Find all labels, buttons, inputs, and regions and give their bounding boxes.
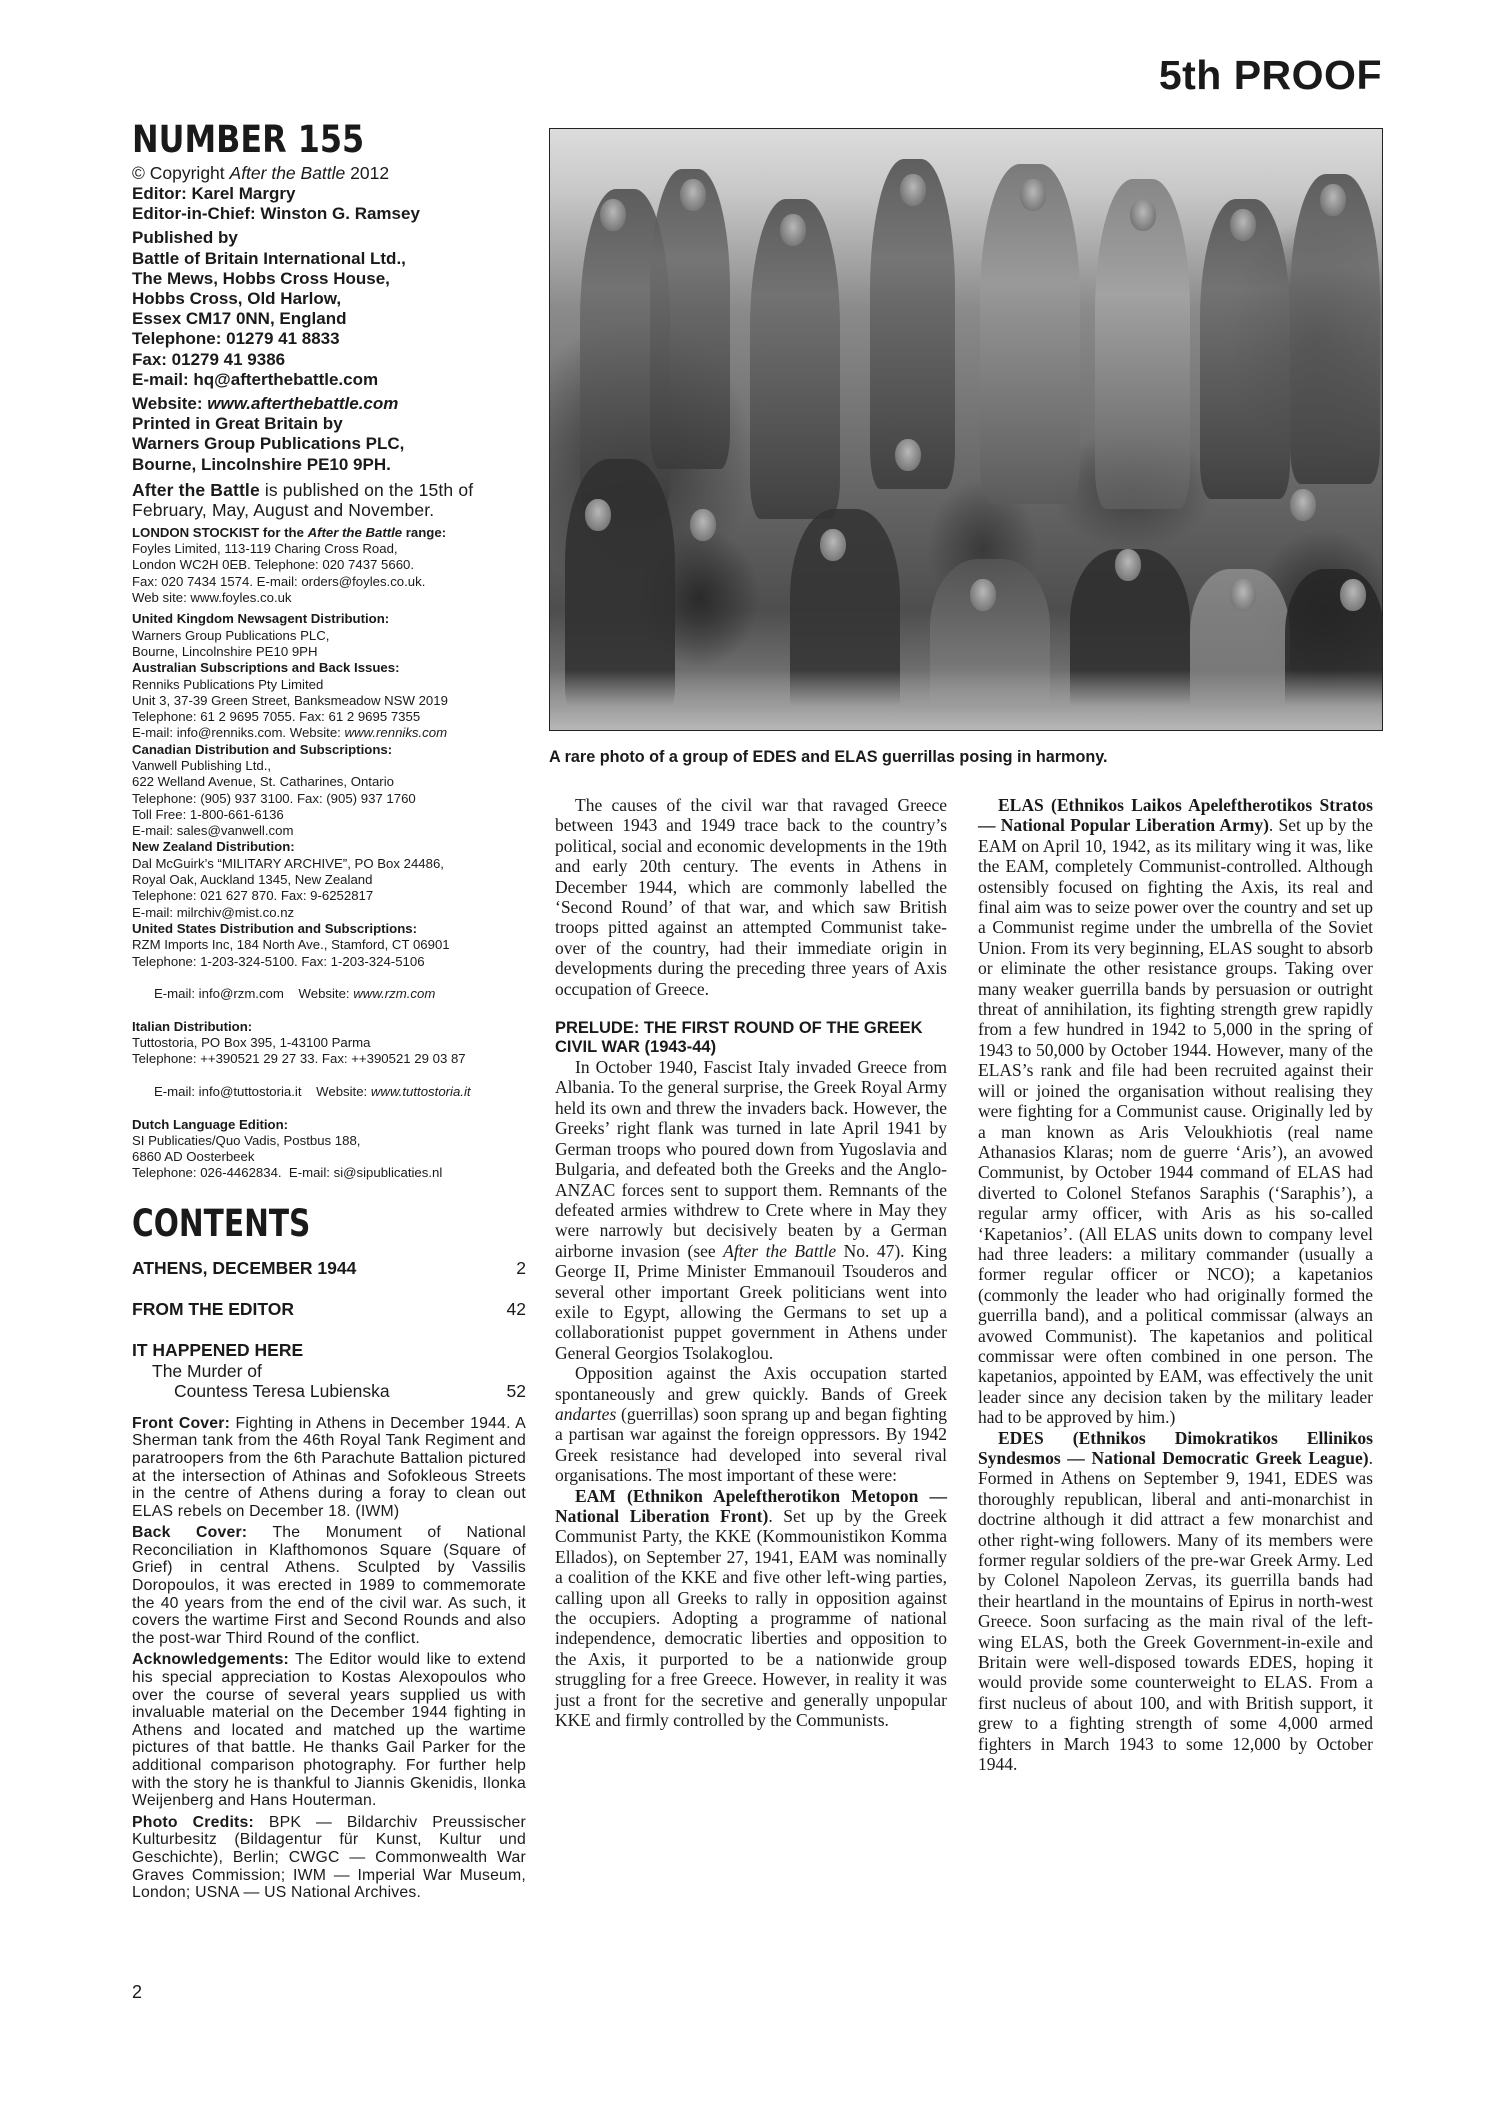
distribution-line: E-mail: sales@vanwell.com: [132, 823, 526, 839]
distribution-line: Renniks Publications Pty Limited: [132, 677, 526, 693]
note-label: Acknowledgements:: [132, 1651, 289, 1668]
heading-prefix: LONDON STOCKIST for the: [132, 525, 308, 540]
distribution-line: 6860 AD Oosterbeek: [132, 1149, 526, 1165]
toc-item-title: ATHENS, DECEMBER 1944: [132, 1258, 356, 1279]
editor-credit: Editor: Karel Margry: [132, 184, 526, 204]
acknowledgements-note: Acknowledgements: The Editor would like …: [132, 1651, 526, 1809]
distribution-line: E-mail: info@tuttostoria.it Website: www…: [132, 1068, 526, 1117]
paragraph-text: In October 1940, Fascist Italy invaded G…: [555, 1057, 947, 1261]
guerrilla-group-photo: [549, 128, 1383, 731]
article-column-2: ELAS (Ethnikos Laikos Apeleftherotikos S…: [978, 795, 1373, 1775]
distribution-line: Tuttostoria, PO Box 395, 1-43100 Parma: [132, 1035, 526, 1051]
publication-schedule: After the Battle is published on the 15t…: [132, 480, 526, 521]
paragraph-text: . Set up by the EAM on April 10, 1942, a…: [978, 815, 1373, 1427]
printer-block: Printed in Great Britain by Warners Grou…: [132, 414, 526, 475]
toc-item-subtitle: The Murder of: [132, 1361, 526, 1381]
page-number: 2: [132, 1982, 142, 2003]
article-paragraph-edes: EDES (Ethnikos Dimokratikos Ellinikos Sy…: [978, 1428, 1373, 1775]
italic-term: andartes: [555, 1404, 616, 1424]
publisher-block: Published by Battle of Britain Internati…: [132, 228, 526, 390]
distribution-line: Toll Free: 1-800-661-6136: [132, 807, 526, 823]
toc-item-page: 2: [516, 1258, 526, 1279]
article-paragraph-elas: ELAS (Ethnikos Laikos Apeleftherotikos S…: [978, 795, 1373, 1428]
photo-ground: [550, 670, 1382, 730]
distribution-line: Telephone: 61 2 9695 7055. Fax: 61 2 969…: [132, 709, 526, 725]
distribution-line: Vanwell Publishing Ltd.,: [132, 758, 526, 774]
website-link[interactable]: www.tuttostoria.it: [371, 1084, 471, 1099]
distribution-line: RZM Imports Inc, 184 North Ave., Stamfor…: [132, 937, 526, 953]
contents-title: CONTENTS: [132, 1204, 447, 1244]
publisher-phone: Telephone: 01279 41 8833: [132, 329, 526, 349]
copyright-line: © Copyright After the Battle 2012: [132, 163, 526, 184]
paragraph-text: . Set up by the Greek Communist Party, t…: [555, 1506, 947, 1730]
photo-credits-note: Photo Credits: BPK — Bildarchiv Preussis…: [132, 1814, 526, 1902]
publisher-line: Battle of Britain International Ltd.,: [132, 249, 526, 269]
distribution-heading: Italian Distribution:: [132, 1019, 526, 1035]
note-label: Front Cover:: [132, 1415, 230, 1432]
publisher-fax: Fax: 01279 41 9386: [132, 350, 526, 370]
organisation-name: EDES (Ethnikos Dimokratikos Ellinikos Sy…: [978, 1428, 1373, 1468]
distribution-line: Telephone: 026-4462834. E-mail: si@sipub…: [132, 1165, 526, 1181]
back-cover-note: Back Cover: The Monument of National Rec…: [132, 1524, 526, 1647]
heading-suffix: range:: [402, 525, 446, 540]
publisher-line: Essex CM17 0NN, England: [132, 309, 526, 329]
distribution-line: Telephone: ++390521 29 27 33. Fax: ++390…: [132, 1051, 526, 1067]
article-paragraph: In October 1940, Fascist Italy invaded G…: [555, 1057, 947, 1363]
distribution-line: Royal Oak, Auckland 1345, New Zealand: [132, 872, 526, 888]
article-intro: The causes of the civil war that ravaged…: [555, 795, 947, 999]
distribution-line: Foyles Limited, 113-119 Charing Cross Ro…: [132, 541, 526, 557]
section-heading: PRELUDE: THE FIRST ROUND OF THE GREEK CI…: [555, 1019, 947, 1057]
distribution-canada: Canadian Distribution and Subscriptions:…: [132, 742, 526, 840]
website-label: Website:: [132, 394, 207, 413]
distribution-line: Warners Group Publications PLC,: [132, 628, 526, 644]
publication-title: After the Battle: [132, 480, 260, 500]
distribution-line: Fax: 020 7434 1574. E-mail: orders@foyle…: [132, 574, 526, 590]
distribution-line: 622 Welland Avenue, St. Catharines, Onta…: [132, 774, 526, 790]
distribution-line: E-mail: milrchiv@mist.co.nz: [132, 905, 526, 921]
editor-in-chief-credit: Editor-in-Chief: Winston G. Ramsey: [132, 204, 526, 224]
distribution-line: Unit 3, 37-39 Green Street, Banksmeadow …: [132, 693, 526, 709]
paragraph-text: Opposition against the Axis occupation s…: [555, 1363, 947, 1403]
article-column-1: The causes of the civil war that ravaged…: [555, 795, 947, 1730]
distribution-uk: United Kingdom Newsagent Distribution: W…: [132, 611, 526, 660]
copyright-prefix: © Copyright: [132, 163, 230, 183]
toc-item-title: IT HAPPENED HERE: [132, 1340, 303, 1361]
distribution-new-zealand: New Zealand Distribution: Dal McGuirk’s …: [132, 839, 526, 920]
article-paragraph: Opposition against the Axis occupation s…: [555, 1363, 947, 1485]
distribution-usa: United States Distribution and Subscript…: [132, 921, 526, 1019]
toc-item[interactable]: IT HAPPENED HERE The Murder of Countess …: [132, 1340, 526, 1401]
distribution-line: Telephone: (905) 937 3100. Fax: (905) 93…: [132, 791, 526, 807]
distribution-heading: Canadian Distribution and Subscriptions:: [132, 742, 526, 758]
distribution-london: LONDON STOCKIST for the After the Battle…: [132, 525, 526, 606]
distribution-heading: United States Distribution and Subscript…: [132, 921, 526, 937]
distribution-heading: New Zealand Distribution:: [132, 839, 526, 855]
toc-item-subtitle: Countess Teresa Lubienska: [174, 1381, 390, 1401]
issue-number: NUMBER 155: [132, 120, 471, 160]
distribution-italy: Italian Distribution: Tuttostoria, PO Bo…: [132, 1019, 526, 1117]
publication-reference: After the Battle: [723, 1241, 836, 1261]
toc-item-header: IT HAPPENED HERE: [132, 1340, 526, 1361]
toc-item-page: 42: [507, 1299, 526, 1320]
publisher-email: E-mail: hq@afterthebattle.com: [132, 370, 526, 390]
masthead-sidebar: NUMBER 155 © Copyright After the Battle …: [132, 120, 526, 1906]
distribution-line: Dal McGuirk’s “MILITARY ARCHIVE”, PO Box…: [132, 856, 526, 872]
distribution-australia: Australian Subscriptions and Back Issues…: [132, 660, 526, 741]
website-link[interactable]: www.afterthebattle.com: [207, 394, 398, 413]
distribution-heading: Dutch Language Edition:: [132, 1117, 526, 1133]
note-text: The Editor would like to extend his spec…: [132, 1651, 526, 1809]
distribution-line: Telephone: 1-203-324-5100. Fax: 1-203-32…: [132, 954, 526, 970]
website-line: Website: www.afterthebattle.com: [132, 394, 526, 414]
distribution-line: Telephone: 021 627 870. Fax: 9-6252817: [132, 888, 526, 904]
front-cover-note: Front Cover: Fighting in Athens in Decem…: [132, 1415, 526, 1521]
toc-item-page: 52: [507, 1381, 526, 1401]
printer-line: Warners Group Publications PLC,: [132, 434, 526, 454]
publisher-line: Hobbs Cross, Old Harlow,: [132, 289, 526, 309]
email-text: E-mail: info@rzm.com Website:: [154, 986, 353, 1001]
article-paragraph-eam: EAM (Ethnikon Apeleftherotikon Metopon —…: [555, 1486, 947, 1731]
distribution-line: SI Publicaties/Quo Vadis, Postbus 188,: [132, 1133, 526, 1149]
toc-item-subtitle-row: Countess Teresa Lubienska 52: [132, 1381, 526, 1401]
publisher-line: Published by: [132, 228, 526, 248]
distribution-heading: Australian Subscriptions and Back Issues…: [132, 660, 526, 676]
printer-line: Bourne, Lincolnshire PE10 9PH.: [132, 455, 526, 475]
website-link[interactable]: www.rzm.com: [353, 986, 435, 1001]
proof-mark: 5th PROOF: [1159, 52, 1382, 99]
note-label: Back Cover:: [132, 1524, 247, 1541]
toc-item[interactable]: ATHENS, DECEMBER 1944 2: [132, 1258, 526, 1279]
email-text: E-mail: info@renniks.com. Website:: [132, 725, 345, 740]
distribution-line: Bourne, Lincolnshire PE10 9PH: [132, 644, 526, 660]
heading-title: After the Battle: [308, 525, 403, 540]
distribution-line: London WC2H 0EB. Telephone: 020 7437 566…: [132, 557, 526, 573]
distribution-line: E-mail: info@rzm.com Website: www.rzm.co…: [132, 970, 526, 1019]
copyright-year: 2012: [345, 163, 389, 183]
toc-item-title: FROM THE EDITOR: [132, 1299, 294, 1320]
copyright-title: After the Battle: [230, 163, 346, 183]
cover-notes: Front Cover: Fighting in Athens in Decem…: [132, 1415, 526, 1902]
distribution-line: E-mail: info@renniks.com. Website: www.r…: [132, 725, 526, 741]
publisher-line: The Mews, Hobbs Cross House,: [132, 269, 526, 289]
printer-line: Printed in Great Britain by: [132, 414, 526, 434]
toc-item[interactable]: FROM THE EDITOR 42: [132, 1299, 526, 1320]
paragraph-text: . Formed in Athens on September 9, 1941,…: [978, 1448, 1373, 1774]
website-link[interactable]: www.renniks.com: [345, 725, 448, 740]
distribution-heading: United Kingdom Newsagent Distribution:: [132, 611, 526, 627]
photo-caption: A rare photo of a group of EDES and ELAS…: [549, 747, 1409, 767]
distribution-heading: LONDON STOCKIST for the After the Battle…: [132, 525, 526, 541]
distribution-line: Web site: www.foyles.co.uk: [132, 590, 526, 606]
email-text: E-mail: info@tuttostoria.it Website:: [154, 1084, 371, 1099]
distribution-dutch: Dutch Language Edition: SI Publicaties/Q…: [132, 1117, 526, 1182]
note-label: Photo Credits:: [132, 1814, 254, 1831]
note-text: The Monument of National Reconciliation …: [132, 1524, 526, 1647]
